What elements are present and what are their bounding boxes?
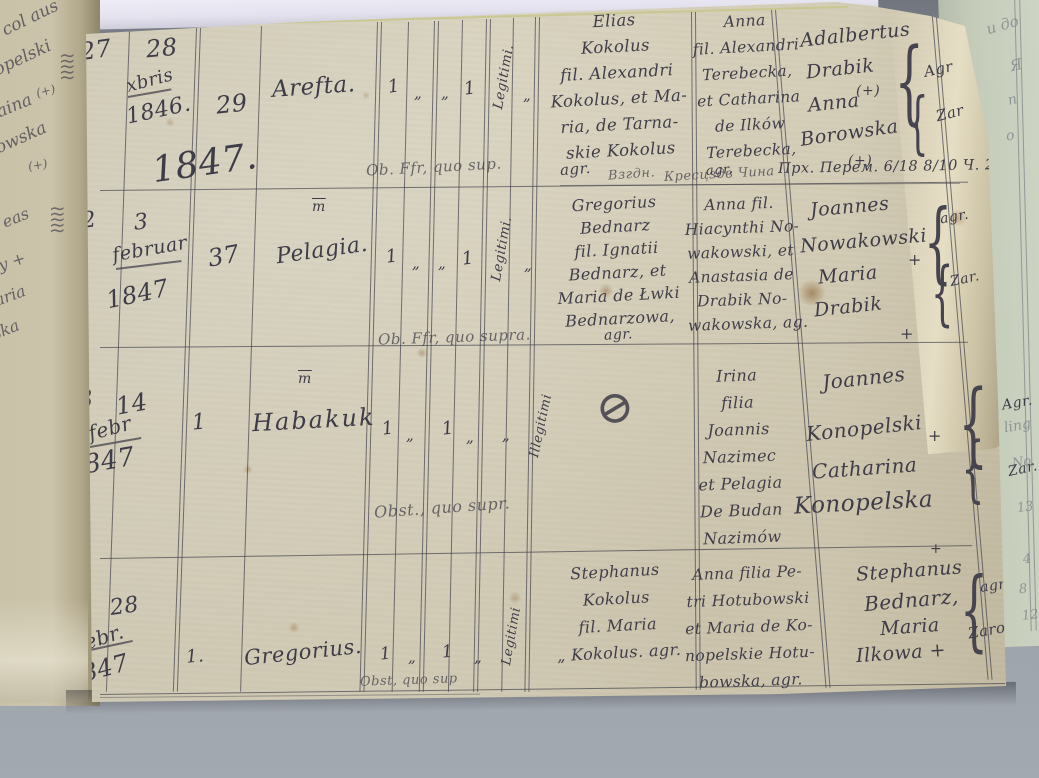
tally-mark: „ <box>502 428 510 443</box>
tally-mark: 1 <box>463 79 477 98</box>
godparent-name: Maria <box>817 263 878 287</box>
previous-page-text: y + <box>0 248 28 275</box>
previous-page-text: owska <box>0 118 50 158</box>
tally-mark: 1 <box>385 247 399 266</box>
previous-page-flourish: ≀≀≀≀≀ <box>46 205 70 233</box>
previous-page-text: aina <box>0 90 35 122</box>
bleedthrough-text: 13 <box>1016 499 1034 516</box>
tally-mark: 1 <box>379 645 392 663</box>
tally-mark: „ <box>412 256 420 271</box>
house-number: 29 <box>215 90 249 117</box>
tally-mark: „ <box>474 650 482 665</box>
house-number: 1. <box>185 647 205 667</box>
handwriting-line: bowska, agr. <box>685 666 816 698</box>
tally-mark: 1 <box>381 419 395 438</box>
father-status: agr. <box>560 161 592 178</box>
father-entry: Elias Kokolus fil. Alexandri Kokolus, et… <box>546 5 689 168</box>
previous-page-flourish: ≀≀≀≀≀ <box>56 52 80 80</box>
bleedthrough-text: 12 <box>1021 607 1039 624</box>
previous-page-text: (+) <box>27 156 49 173</box>
father-entry: Gregorius Bednarz fil. Ignatii Bednarz, … <box>544 188 689 333</box>
tally-mark: 1 <box>461 249 475 268</box>
godparent-mark: + <box>908 252 922 268</box>
previous-page-text: aria <box>0 281 28 310</box>
brace-mark: { <box>961 432 984 504</box>
previous-page-bottom-edge <box>0 598 88 702</box>
row-note: Obst, quo sup <box>360 672 458 688</box>
father-entry: Stephanus Kokolus fil. Maria „ Kokolus. … <box>545 554 688 669</box>
godparent-name: Maria <box>879 616 940 639</box>
bleedthrough-text: 8 <box>1018 582 1028 598</box>
bleedthrough-text: 4 <box>1022 552 1032 568</box>
tally-mark: „ <box>523 88 531 103</box>
handwriting-line: Nazimów <box>684 522 800 553</box>
baptism-day: 28 <box>109 594 141 620</box>
baptism-day: 28 <box>145 35 179 62</box>
godparent-mark: + <box>930 542 942 556</box>
mother-entry: Anna fil. Hiacynthi No- wakowski, et Ana… <box>684 190 799 338</box>
brace-mark: { <box>931 258 953 328</box>
previous-page-edge: col aus opelski (+) aina owska (+) ≀≀≀≀≀… <box>0 0 100 706</box>
handwriting-line: Nazimec <box>682 441 798 472</box>
child-name: Arefta. <box>271 73 356 102</box>
handwriting-line: Irina <box>679 360 795 391</box>
register-photo: и до Я п о ling No 13 4 8 12 col aus ope… <box>0 0 1039 778</box>
handwriting-line: Joannis <box>681 414 797 445</box>
house-number: 37 <box>206 241 241 270</box>
tally-mark: „ <box>408 650 416 665</box>
handwriting-line: et Pelagia <box>683 468 799 499</box>
brace-mark: { <box>907 90 929 158</box>
godparent-mark: + <box>928 428 942 444</box>
tally-mark: 1 <box>441 643 454 661</box>
tally-mark: 1 <box>387 77 401 96</box>
godparent-name: Anna <box>807 91 860 115</box>
baptism-day: 3 <box>133 211 149 234</box>
previous-page-text: ska <box>0 316 22 344</box>
mother-entry: Irina filia Joannis Nazimec et Pelagia D… <box>679 360 801 553</box>
stain <box>362 92 370 99</box>
previous-page-text: eas <box>0 204 32 232</box>
handwriting-line: filia <box>680 387 796 418</box>
name-abbreviation-mark: m <box>298 372 312 386</box>
child-name: Habakuk <box>251 405 376 435</box>
tally-mark: „ <box>524 258 532 273</box>
tally-mark: „ <box>441 86 449 101</box>
tally-mark: „ <box>406 428 414 443</box>
father-status: agr. <box>604 327 634 342</box>
stain <box>288 622 300 633</box>
tally-mark: „ <box>438 256 446 271</box>
tally-mark: „ <box>414 86 422 101</box>
godparent-mark: + <box>900 326 914 342</box>
stain <box>508 592 522 604</box>
handwriting-line: wakowska, ag. <box>688 310 799 338</box>
register-page: 27 28 xbris 1846. 29 1847. Arefta. 1 „ „… <box>0 0 1039 778</box>
previous-page-text: opelski <box>0 36 54 80</box>
name-abbreviation-mark: m <box>312 200 326 214</box>
underlying-page-rule <box>1014 0 1032 631</box>
house-number: 1 <box>191 411 207 434</box>
tally-mark: 1 <box>441 419 455 438</box>
tally-mark: „ <box>466 430 474 445</box>
mother-entry: Anna fil. Alexandri Terebecka, et Cathar… <box>688 5 808 167</box>
previous-page-text: (+) <box>35 82 57 101</box>
row-note: Взгдн. <box>608 166 656 182</box>
previous-page-text: col aus <box>0 0 62 40</box>
godparent-mark: (+) <box>856 84 880 98</box>
mother-entry: Anna filia Pe- tri Hotubowski et Maria d… <box>682 558 817 697</box>
handwriting-line: De Budan <box>683 495 799 526</box>
